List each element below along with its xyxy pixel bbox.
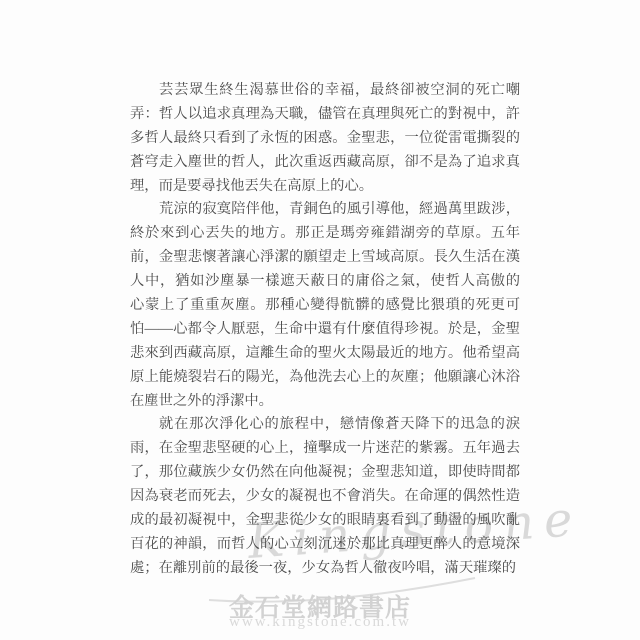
text-line: 成的最初凝視中，金聖悲從少女的眼睛裏看到了動盪的風吹亂 bbox=[130, 509, 520, 533]
text-line: 理，而是要尋找他丟失在高原上的心。 bbox=[130, 175, 520, 199]
text-line: 終於來到心丟失的地方。那正是瑪旁雍錯湖旁的草原。五年 bbox=[130, 222, 520, 246]
text-line: 心蒙上了重重灰塵。那種心變得骯髒的感覺比猥瑣的死更可 bbox=[130, 294, 520, 318]
text-line: 蒼穹走入塵世的哲人，此次重返西藏高原，卻不是為了追求真 bbox=[130, 151, 520, 175]
text-line: 處；在離別前的最後一夜，少女為哲人徹夜吟唱，滿天璀璨的 bbox=[130, 557, 520, 581]
text-line: 多哲人最終只看到了永恆的困惑。金聖悲，一位從雷電撕裂的 bbox=[130, 127, 520, 151]
kingstone-url-watermark: www.kingstone.com.tw bbox=[229, 614, 411, 631]
text-line: 了，那位藏族少女仍然在向他凝視；金聖悲知道，即使時間都 bbox=[130, 461, 520, 485]
text-line: 弄：哲人以追求真理為天職，儘管在真理與死亡的對視中，許 bbox=[130, 103, 520, 127]
text-line: 就在那次淨化心的旅程中，戀情像蒼天降下的迅急的淚 bbox=[130, 413, 520, 437]
text-line: 在塵世之外的淨潔中。 bbox=[130, 390, 520, 414]
text-block: 芸芸眾生終生渴慕世俗的幸福，最終卻被空洞的死亡嘲弄：哲人以追求真理為天職，儘管在… bbox=[130, 79, 520, 581]
text-line: 悲來到西藏高原，這離生命的聖火太陽最近的地方。他希望高 bbox=[130, 342, 520, 366]
text-line: 怕——心都令人厭惡，生命中還有什麼值得珍視。於是，金聖 bbox=[130, 318, 520, 342]
text-line: 荒涼的寂寞陪伴他，青銅色的風引導他，經過萬里跋涉， bbox=[130, 198, 520, 222]
text-line: 原上能燒裂岩石的陽光，為他洗去心上的灰塵；他願讓心沐浴 bbox=[130, 366, 520, 390]
text-line: 雨，在金聖悲堅硬的心上，撞擊成一片迷茫的紫霧。五年過去 bbox=[130, 437, 520, 461]
text-line: 人中，猶如沙塵暴一樣遮天蔽日的庸俗之氣，使哲人高傲的 bbox=[130, 270, 520, 294]
text-line: 前，金聖悲懷著讓心淨潔的願望走上雪域高原。長久生活在漢 bbox=[130, 246, 520, 270]
text-line: 百花的神韻，而哲人的心立刻沉迷於那比真理更醉人的意境深 bbox=[130, 533, 520, 557]
text-line: 因為衰老而死去，少女的凝視也不會消失。在命運的偶然性造 bbox=[130, 485, 520, 509]
book-page: Kingstone 芸芸眾生終生渴慕世俗的幸福，最終卻被空洞的死亡嘲弄：哲人以追… bbox=[0, 0, 640, 640]
text-line: 芸芸眾生終生渴慕世俗的幸福，最終卻被空洞的死亡嘲 bbox=[130, 79, 520, 103]
